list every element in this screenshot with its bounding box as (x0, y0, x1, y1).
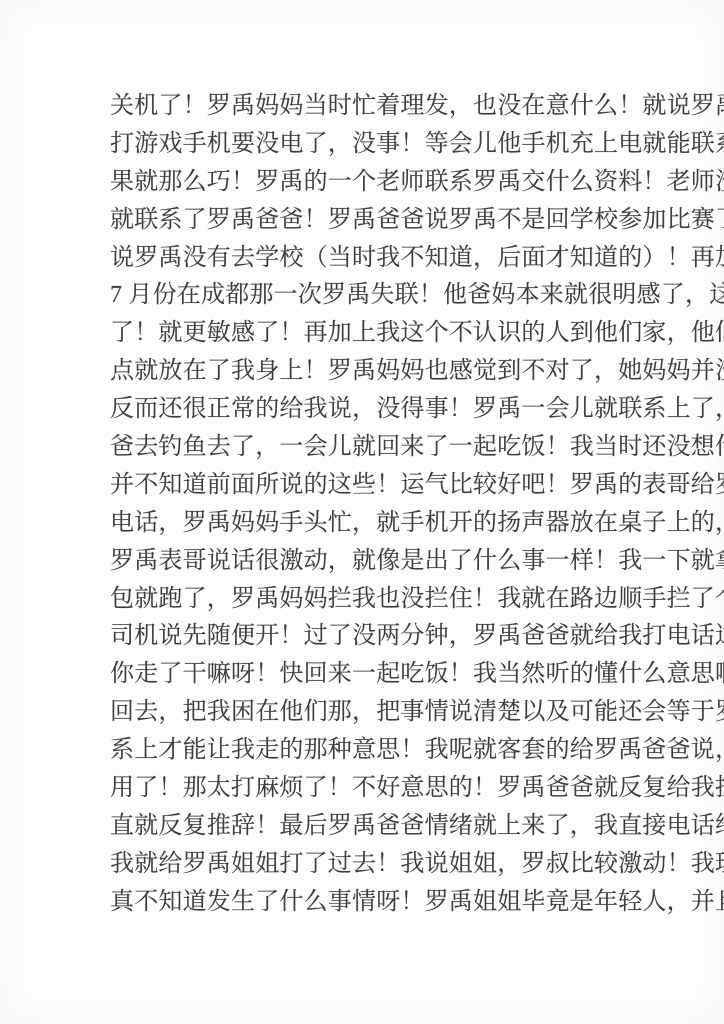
text-line: 你走了干嘛呀！快回来一起吃饭！我当然听的懂什么意思啊！想骗我 (110, 656, 641, 694)
document-page: 关机了！罗禹妈妈当时忙着理发，也没在意什么！就说罗禹肯定又是打游戏手机要没电了，… (0, 0, 724, 1024)
text-block: 关机了！罗禹妈妈当时忙着理发，也没在意什么！就说罗禹肯定又是打游戏手机要没电了，… (110, 88, 641, 922)
text-line: 回去，把我困在他们那，把事情说清楚以及可能还会等于罗禹多久联 (110, 694, 641, 732)
text-line: 直就反复推辞！最后罗禹爸爸情绪就上来了，我直接电话给他挂了！ (110, 808, 641, 846)
text-line: 点就放在了我身上！罗禹妈妈也感觉到不对了，她妈妈并没表现出来， (110, 353, 641, 391)
text-line: 说罗禹没有去学校（当时我不知道，后面才知道的）！再加上上一次 (110, 240, 641, 278)
text-line: 真不知道发生了什么事情呀！罗禹姐姐毕竟是年轻人，并且真的很聪 (110, 884, 641, 922)
text-line: 我就给罗禹姐姐打了过去！我说姐姐，罗叔比较激动！我理解！但我 (110, 846, 641, 884)
text-line: 司机说先随便开！过了没两分钟，罗禹爸爸就给我打电话过来了，说 (110, 618, 641, 656)
text-line: 包就跑了，罗禹妈妈拦我也没拦住！我就在路边顺手拦了个出租车给 (110, 581, 641, 619)
text-line: 系上才能让我走的那种意思！我呢就客套的给罗禹爸爸说，罗叔，不 (110, 732, 641, 770)
text-line: 就联系了罗禹爸爸！罗禹爸爸说罗禹不是回学校参加比赛了吗？老师 (110, 202, 641, 240)
text-line: 罗禹表哥说话很激动，就像是出了什么事一样！我一下就拿着我的背 (110, 543, 641, 581)
text-line: 并不知道前面所说的这些！运气比较好吧！罗禹的表哥给罗禹妈妈打 (110, 467, 641, 505)
text-line: 用了！那太打麻烦了！不好意思的！罗禹爸爸就反复给我扯，我呢一 (110, 770, 641, 808)
text-line: 打游戏手机要没电了，没事！等会儿他手机充上电就能联系上了！结 (110, 126, 641, 164)
text-line: 果就那么巧！罗禹的一个老师联系罗禹交什么资料！老师没联系上， (110, 164, 641, 202)
text-line: 7 月份在成都那一次罗禹失联！他爸妈本来就很明感了，这次又失联 (110, 277, 641, 315)
text-line: 关机了！罗禹妈妈当时忙着理发，也没在意什么！就说罗禹肯定又是 (110, 88, 641, 126)
text-line: 了！就更敏感了！再加上我这个不认识的人到他们家，他们所有的疑 (110, 315, 641, 353)
text-line: 电话，罗禹妈妈手头忙，就手机开的扬声器放在桌子上的，我就听到 (110, 505, 641, 543)
text-line: 爸去钓鱼去了，一会儿就回来了一起吃饭！我当时还没想什么，因为 (110, 429, 641, 467)
text-line: 反而还很正常的给我说，没得事！罗禹一会儿就联系上了，说罗禹爸 (110, 391, 641, 429)
